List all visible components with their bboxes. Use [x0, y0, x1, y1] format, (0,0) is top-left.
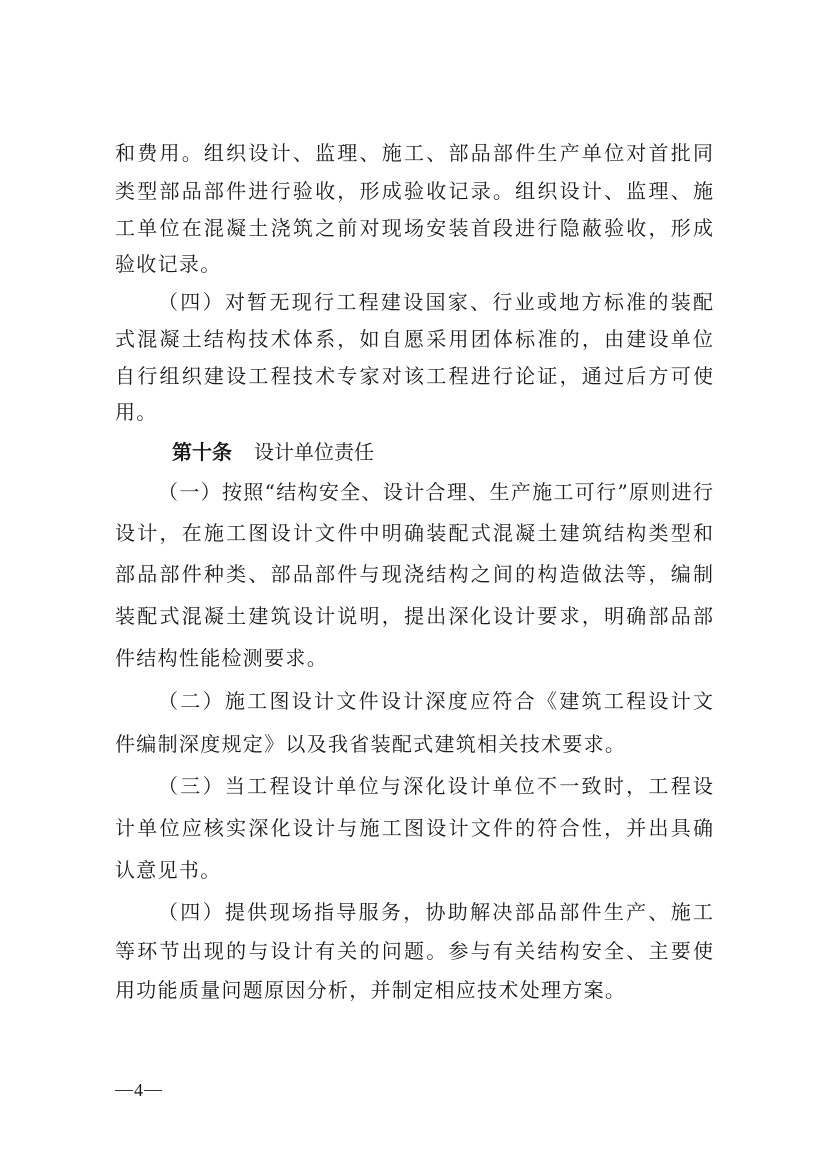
- page-number: 4: [115, 1078, 162, 1102]
- dash-left: [115, 1090, 133, 1091]
- text-line: 和费用。组织设计、监理、施工、部品部件生产单位对首批同: [115, 138, 713, 168]
- text-line: 件编制深度规定》以及我省装配式建筑相关技术要求。: [115, 729, 713, 759]
- item-line: （三）当工程设计单位与深化设计单位不一致时，工程设: [158, 771, 713, 801]
- page-number-value: 4: [134, 1078, 143, 1102]
- article-heading: 第十条设计单位责任: [172, 437, 374, 467]
- text-line: 工单位在混凝土浇筑之前对现场安装首段进行隐蔽验收，形成: [115, 213, 713, 243]
- text-line: 等环节出现的与设计有关的问题。参与有关结构安全、主要使: [115, 936, 713, 966]
- text-line: 认意见书。: [115, 855, 713, 885]
- item-line: （四）提供现场指导服务，协助解决部品部件生产、施工: [158, 897, 713, 927]
- text-line: 装配式混凝土建筑设计说明，提出深化设计要求，明确部品部: [115, 601, 713, 631]
- document-page: 和费用。组织设计、监理、施工、部品部件生产单位对首批同 类型部品部件进行验收，形…: [0, 0, 826, 1169]
- text-line: 类型部品部件进行验收，形成验收记录。组织设计、监理、施: [115, 176, 713, 206]
- article-title: 设计单位责任: [254, 440, 374, 464]
- text-line: 部品部件种类、部品部件与现浇结构之间的构造做法等，编制: [115, 559, 713, 589]
- text-line: 用功能质量问题原因分析，并制定相应技术处理方案。: [115, 975, 713, 1005]
- item-line: （四）对暂无现行工程建设国家、行业或地方标准的装配: [158, 287, 713, 317]
- text-line: 件结构性能检测要求。: [115, 643, 713, 673]
- text-line: 验收记录。: [115, 249, 713, 279]
- text-line: 计单位应核实深化设计与施工图设计文件的符合性，并出具确: [115, 813, 713, 843]
- text-line: 设计，在施工图设计文件中明确装配式混凝土建筑结构类型和: [115, 518, 713, 548]
- text-line: 自行组织建设工程技术专家对该工程进行论证，通过后方可使: [115, 361, 713, 391]
- dash-right: [144, 1090, 162, 1091]
- article-number: 第十条: [172, 440, 232, 464]
- text-line: 式混凝土结构技术体系，如自愿采用团体标准的，由建设单位: [115, 324, 713, 354]
- item-line: （二）施工图设计文件设计深度应符合《建筑工程设计文: [158, 686, 713, 716]
- text-line: 用。: [115, 397, 713, 427]
- item-line: （一）按照“结构安全、设计合理、生产施工可行”原则进行: [158, 477, 713, 507]
